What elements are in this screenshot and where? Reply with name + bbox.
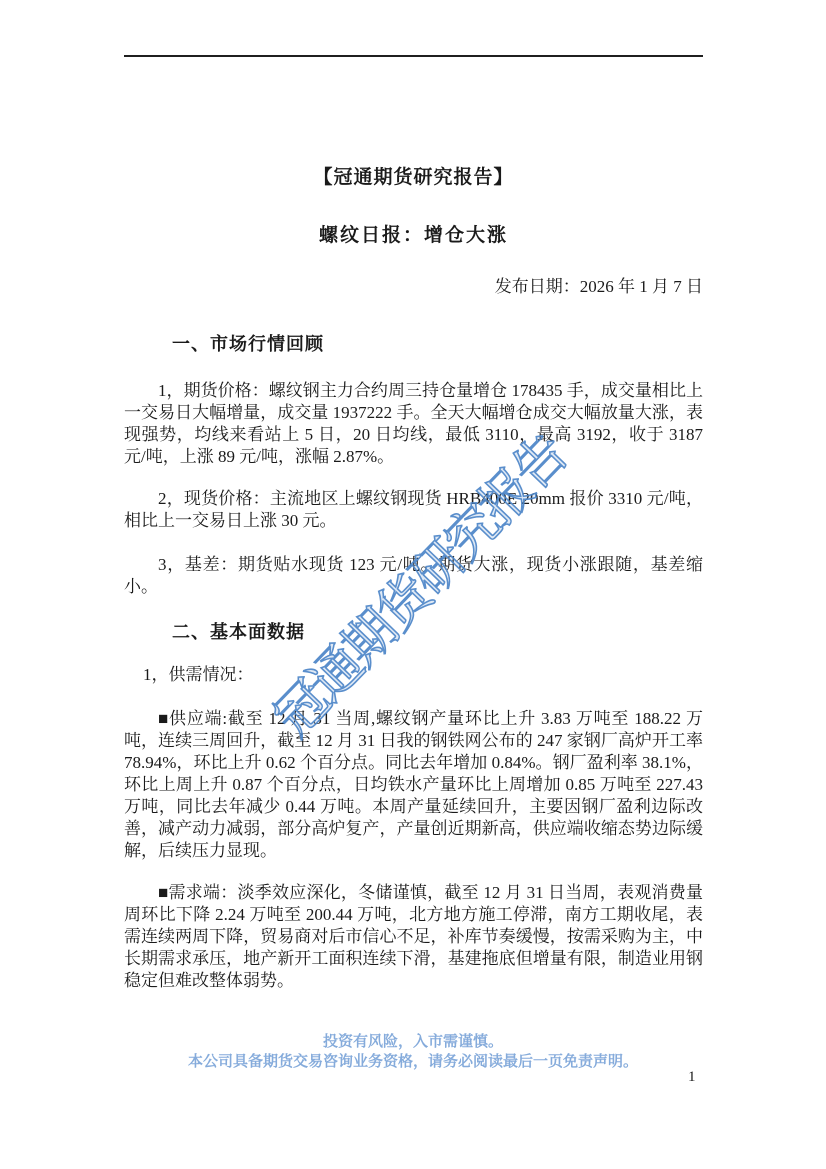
header-rule (124, 55, 703, 57)
publish-date: 发布日期：2026 年 1 月 7 日 (124, 276, 703, 298)
page-number: 1 (688, 1067, 696, 1087)
para-demand-side: ■需求端：淡季效应深化，冬储谨慎，截至 12 月 31 日当周，表观消费量周环比… (124, 882, 703, 992)
para-supply-side: ■供应端:截至 12 月 31 当周,螺纹钢产量环比上升 3.83 万吨至 18… (124, 708, 703, 862)
report-series-title: 【冠通期货研究报告】 (124, 166, 703, 190)
para-basis: 3，基差：期货贴水现货 123 元/吨。期货大涨，现货小涨跟随，基差缩小。 (124, 554, 703, 598)
report-page: 冠通期货研究报告 【冠通期货研究报告】 螺纹日报：增仓大涨 发布日期：2026 … (0, 0, 826, 1169)
report-title: 螺纹日报：增仓大涨 (124, 224, 703, 248)
para-spot-price: 2，现货价格：主流地区上螺纹钢现货 HRB400E 20mm 报价 3310 元… (124, 488, 703, 532)
para-futures-price: 1，期货价格：螺纹钢主力合约周三持仓量增仓 178435 手，成交量相比上一交易… (124, 380, 703, 468)
footer-risk-warning: 投资有风险，入市需谨慎。 (0, 1032, 826, 1052)
document-body: 【冠通期货研究报告】 螺纹日报：增仓大涨 发布日期：2026 年 1 月 7 日… (124, 0, 703, 992)
footer-disclaimer: 投资有风险，入市需谨慎。 本公司具备期货交易咨询业务资格，请务必阅读最后一页免责… (0, 1032, 826, 1072)
section-fundamentals-heading: 二、基本面数据 (124, 620, 703, 644)
footer-qualification-notice: 本公司具备期货交易咨询业务资格，请务必阅读最后一页免责声明。 (0, 1052, 826, 1072)
section-market-review-heading: 一、市场行情回顾 (124, 332, 703, 356)
subsection-supply-demand-heading: 1，供需情况： (124, 664, 703, 686)
